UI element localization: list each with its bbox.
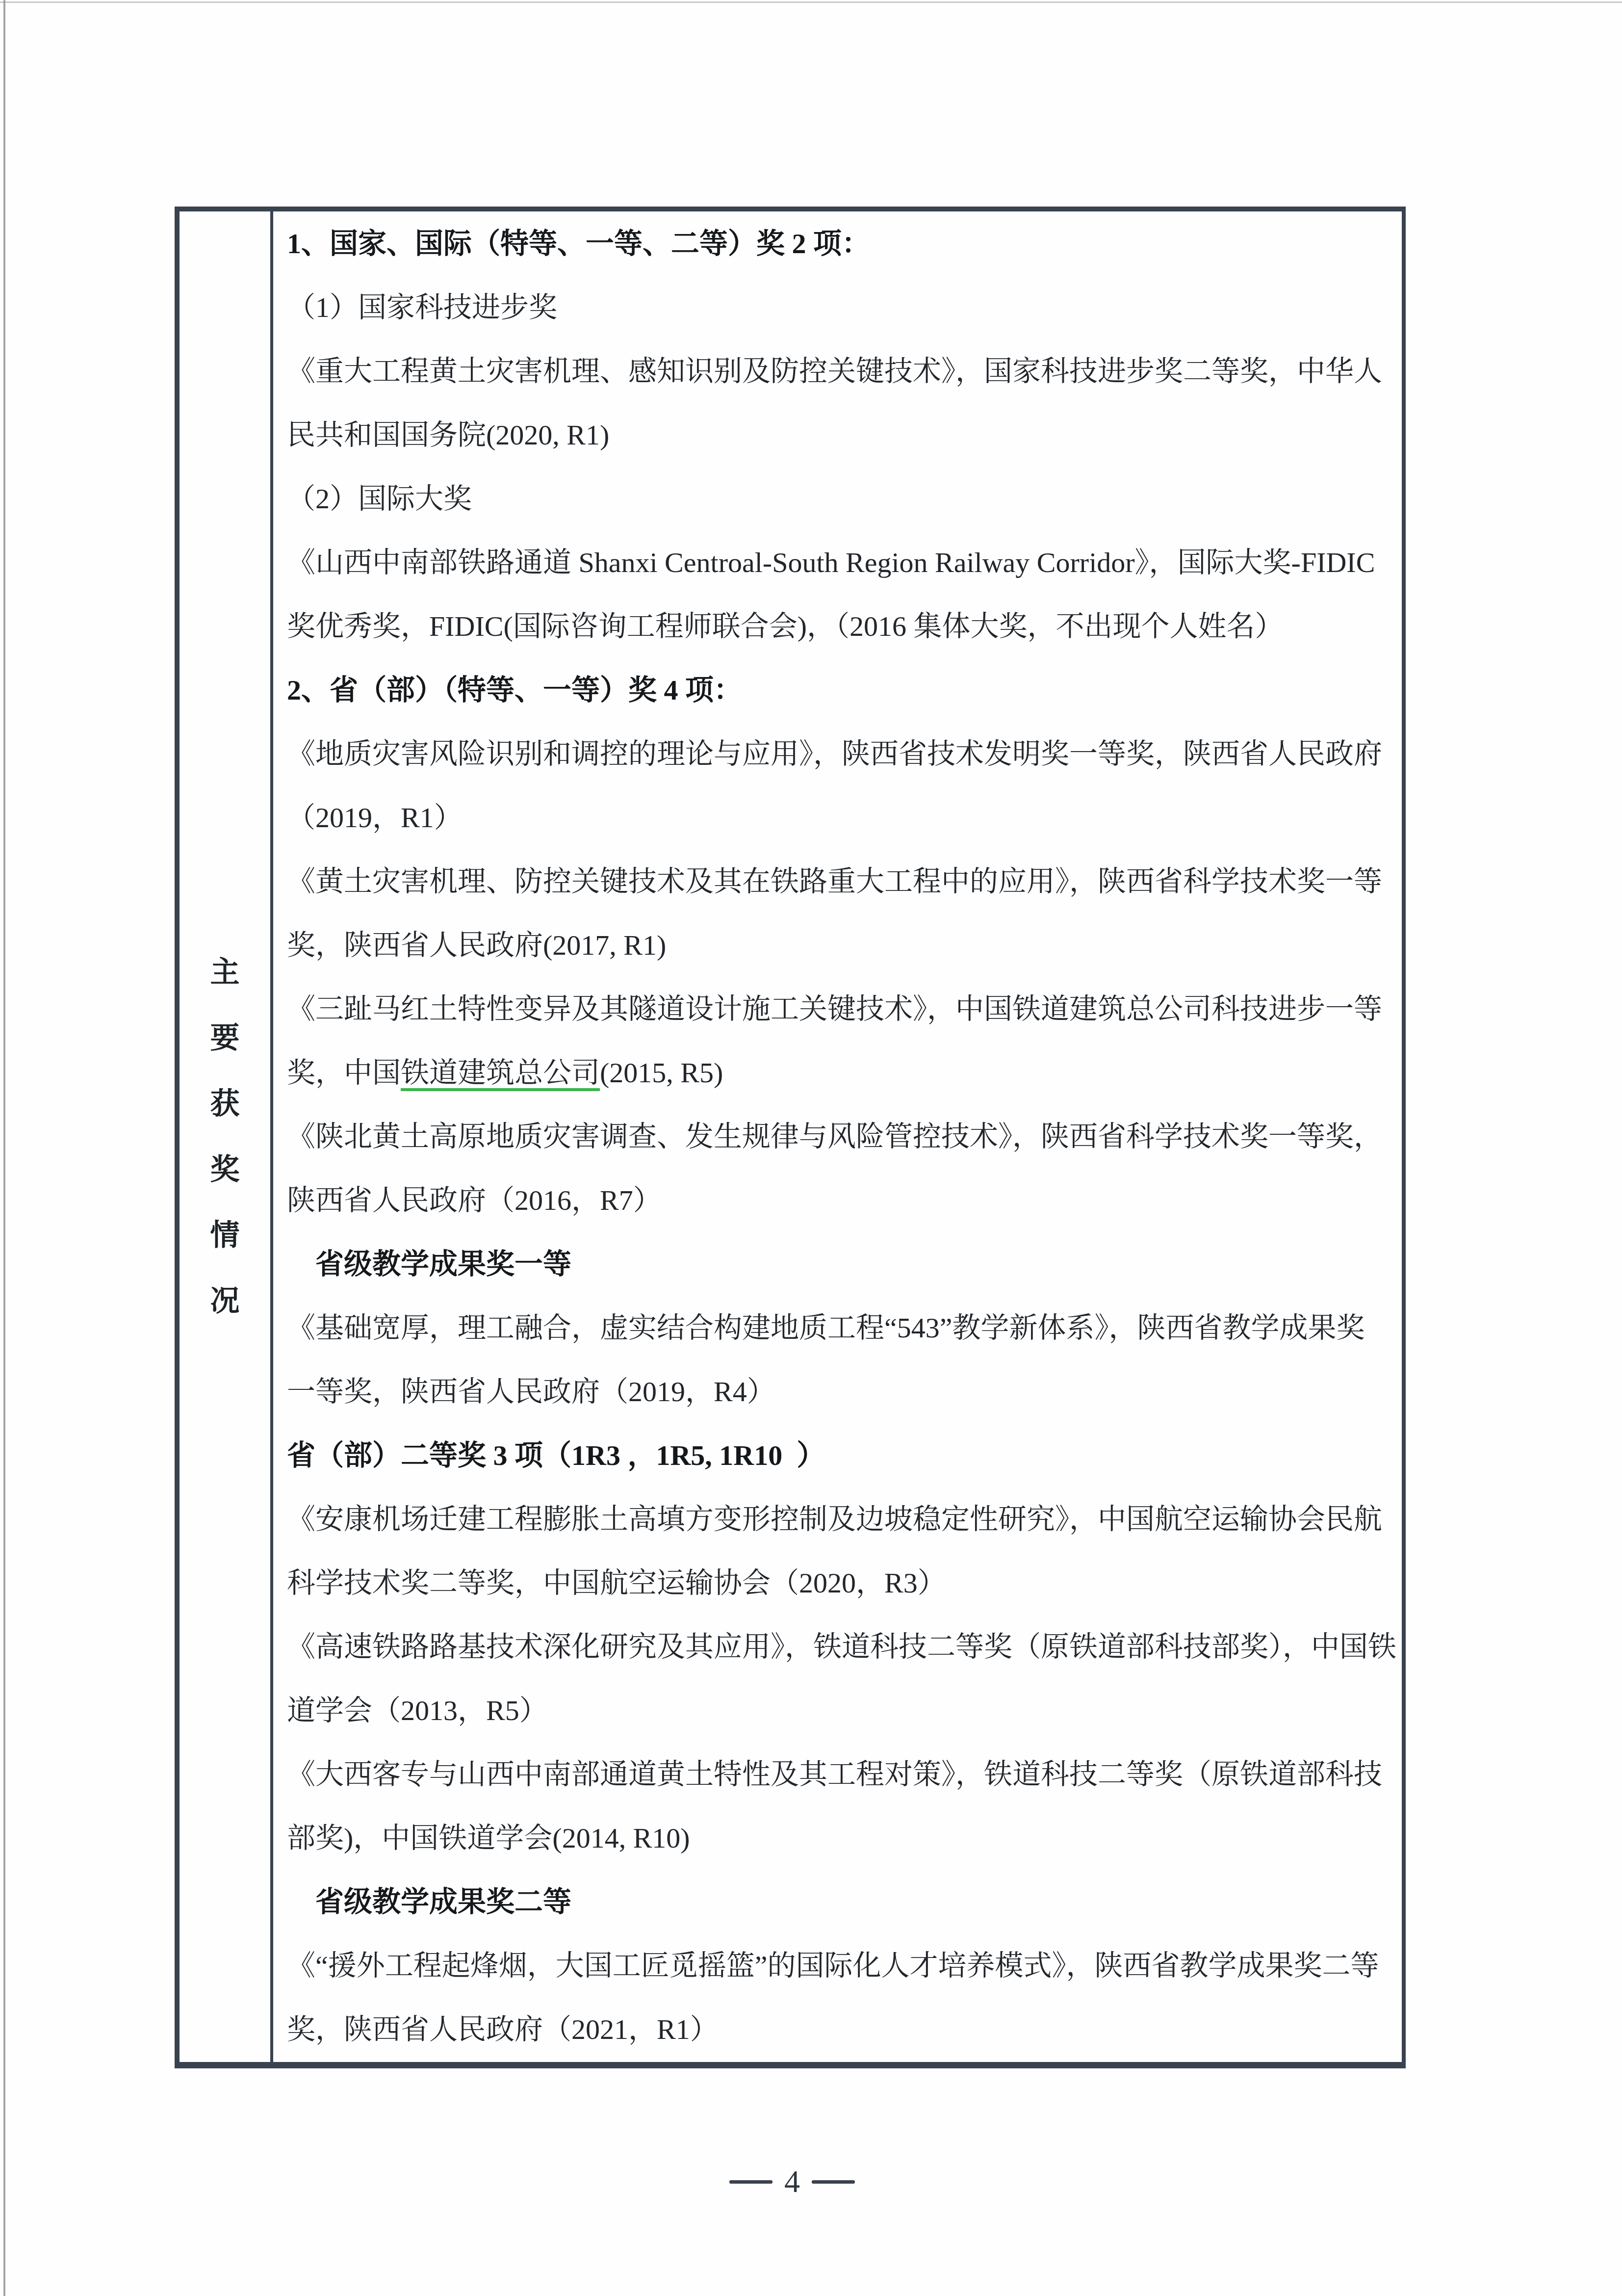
awards-table: 主要获奖情况 1、国家、国际（特等、一等、二等）奖 2 项：（1）国家科技进步奖… [175,207,1406,2068]
row-label-char: 要 [210,1023,240,1053]
page-number-value: 4 [784,2166,800,2197]
award-line: 民共和国国务院(2020, R1) [287,403,1402,467]
award-line: 奖，中国铁道建筑总公司(2015, R5) [287,1041,1402,1105]
award-line: （2）国际大奖 [287,467,1402,531]
award-line: 《陕北黄土高原地质灾害调查、发生规律与风险管控技术》，陕西省科学技术奖一等奖， [287,1105,1402,1169]
award-line: 科学技术奖二等奖，中国航空运输协会（2020，R3） [287,1551,1402,1615]
scanned-document-page: 主要获奖情况 1、国家、国际（特等、一等、二等）奖 2 项：（1）国家科技进步奖… [0,0,1622,2296]
award-line-segment-green-underline: 铁道建筑总公司 [401,1057,600,1089]
row-label-char: 主 [210,958,240,987]
row-label-char: 奖 [210,1155,240,1184]
row-label-char: 获 [210,1089,240,1119]
row-label-char: 况 [210,1286,240,1316]
award-line: 《黄土灾害机理、防控关键技术及其在铁路重大工程中的应用》，陕西省科学技术奖一等 [287,850,1402,913]
award-line: 《高速铁路路基技术深化研究及其应用》，铁道科技二等奖（原铁道部科技部奖），中国铁 [287,1615,1402,1679]
award-line: 《山西中南部铁路通道 Shanxi Centroal-South Region … [287,531,1402,595]
page-number: 4 [729,2166,855,2197]
page-number-right-dash [812,2180,855,2184]
award-line: 省（部）二等奖 3 项（1R3 ，1R5, 1R10 ） [287,1424,1402,1487]
award-line: 2、省（部）（特等、一等）奖 4 项： [287,658,1402,722]
award-line-segment: (2015, R5) [600,1057,723,1089]
award-line: 《基础宽厚，理工融合，虚实结合构建地质工程“543”教学新体系》，陕西省教学成果… [287,1296,1402,1360]
award-line: 奖，陕西省人民政府(2017, R1) [287,913,1402,977]
award-line: 省级教学成果奖一等 [287,1232,1402,1296]
award-line-segment: 奖，中国 [287,1057,401,1089]
award-line: 《大西客专与山西中南部通道黄土特性及其工程对策》，铁道科技二等奖（原铁道部科技 [287,1743,1402,1806]
award-line: （1）国家科技进步奖 [287,276,1402,339]
page-number-left-dash [729,2180,772,2184]
award-line: 奖优秀奖，FIDIC(国际咨询工程师联合会)，（2016 集体大奖，不出现个人姓… [287,595,1402,658]
awards-content-cell: 1、国家、国际（特等、一等、二等）奖 2 项：（1）国家科技进步奖《重大工程黄土… [273,211,1402,2062]
award-line: 道学会（2013，R5） [287,1679,1402,1743]
row-label-main-awards: 主要获奖情况 [180,211,273,2062]
award-line: 《地质灾害风险识别和调控的理论与应用》，陕西省技术发明奖一等奖，陕西省人民政府 [287,722,1402,786]
award-line: 陕西省人民政府（2016，R7） [287,1169,1402,1232]
award-line: 《安康机场迁建工程膨胀土高填方变形控制及边坡稳定性研究》，中国航空运输协会民航 [287,1487,1402,1551]
scan-edge-top-line [0,1,1622,3]
award-line: 一等奖，陕西省人民政府（2019，R4） [287,1360,1402,1424]
award-line: 《三趾马红土特性变异及其隧道设计施工关键技术》，中国铁道建筑总公司科技进步一等 [287,977,1402,1041]
award-line: （2019，R1） [287,786,1402,850]
scan-edge-left-line [3,0,5,2296]
award-line: 《重大工程黄土灾害机理、感知识别及防控关键技术》，国家科技进步奖二等奖，中华人 [287,339,1402,403]
row-label-char: 情 [210,1221,240,1250]
award-line: 省级教学成果奖二等 [287,1870,1402,1934]
award-line: 1、国家、国际（特等、一等、二等）奖 2 项： [287,212,1402,276]
award-line: 《“援外工程起烽烟，大国工匠觅摇篮”的国际化人才培养模式》，陕西省教学成果奖二等 [287,1934,1402,1998]
award-line: 部奖)，中国铁道学会(2014, R10) [287,1806,1402,1870]
award-line: 奖，陕西省人民政府（2021，R1） [287,1998,1402,2061]
